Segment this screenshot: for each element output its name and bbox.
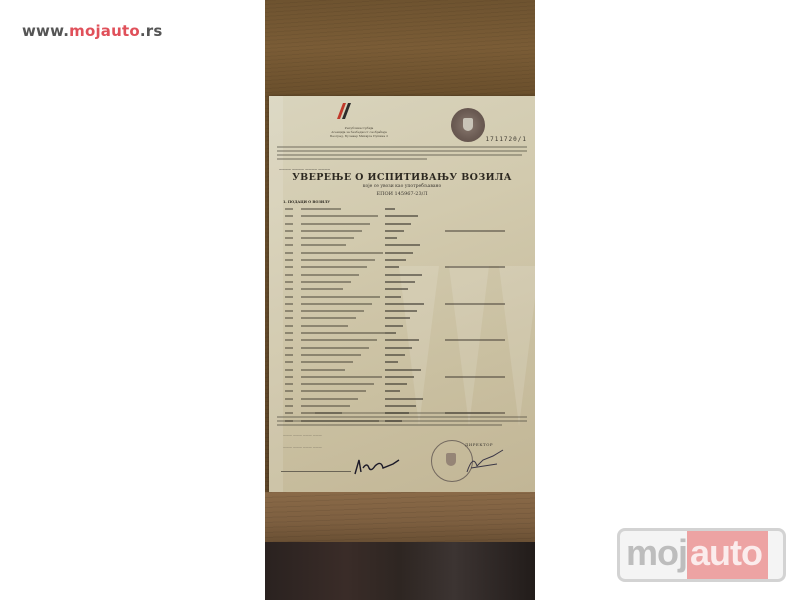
examiner-label: ——— ——— ——— ———: [283, 445, 322, 449]
document-subtitle: које се увози као употребљавано: [269, 184, 535, 189]
table-row: [285, 206, 525, 213]
table-row: [285, 279, 525, 286]
table-row: [285, 257, 525, 264]
agency-logo-icon: [331, 101, 355, 121]
place-date: ——— ——— ——— ———: [283, 433, 322, 437]
table-row: [285, 396, 525, 403]
signature-line: [281, 471, 351, 472]
document-photo: Република Србија Агенција за безбедност …: [265, 0, 535, 600]
table-row: [285, 294, 525, 301]
vehicle-certificate: Република Србија Агенција за безбедност …: [269, 96, 535, 492]
vehicle-data-rows: [285, 206, 525, 425]
table-row: [285, 221, 525, 228]
table-row: [285, 228, 525, 235]
table-row: [285, 352, 525, 359]
examiner-signature: [353, 456, 403, 478]
table-row: [285, 323, 525, 330]
table-row: [285, 315, 525, 322]
section-vehicle-data: 1. ПОДАЦИ О ВОЗИЛУ: [283, 200, 330, 204]
table-row: [285, 308, 525, 315]
table-row: [285, 235, 525, 242]
director-signature: [463, 446, 507, 476]
table-row: [285, 286, 525, 293]
table-row: [285, 359, 525, 366]
table-row: [285, 381, 525, 388]
table-row: [285, 242, 525, 249]
epoi-number: ЕПОИ 145967-23/Л: [269, 191, 535, 197]
document-title: УВЕРЕЊЕ О ИСПИТИВАЊУ ВОЗИЛА: [269, 172, 535, 183]
table-row: [285, 403, 525, 410]
legal-footer: [277, 412, 527, 428]
table-row: [285, 345, 525, 352]
table-row: [285, 374, 525, 381]
table-row: [285, 272, 525, 279]
table-row: [285, 367, 525, 374]
coat-of-arms-seal-icon: [451, 108, 485, 142]
table-row: [285, 213, 525, 220]
table-row: [285, 330, 525, 337]
table-row: [285, 388, 525, 395]
fine-print: [277, 146, 527, 162]
ministry-header: Република Србија Агенција за безбедност …: [299, 126, 419, 138]
table-row: [285, 337, 525, 344]
floor-background: [265, 542, 535, 600]
table-row: [285, 264, 525, 271]
table-row: [285, 301, 525, 308]
site-url-watermark: www.mojauto.rs: [22, 22, 163, 40]
mojauto-logo-watermark: mojauto: [617, 528, 786, 582]
certificate-number: 1711720/1: [485, 136, 527, 143]
table-edge: [265, 492, 535, 542]
org-line: ———— ———— ———— ————: [279, 167, 330, 171]
table-row: [285, 250, 525, 257]
